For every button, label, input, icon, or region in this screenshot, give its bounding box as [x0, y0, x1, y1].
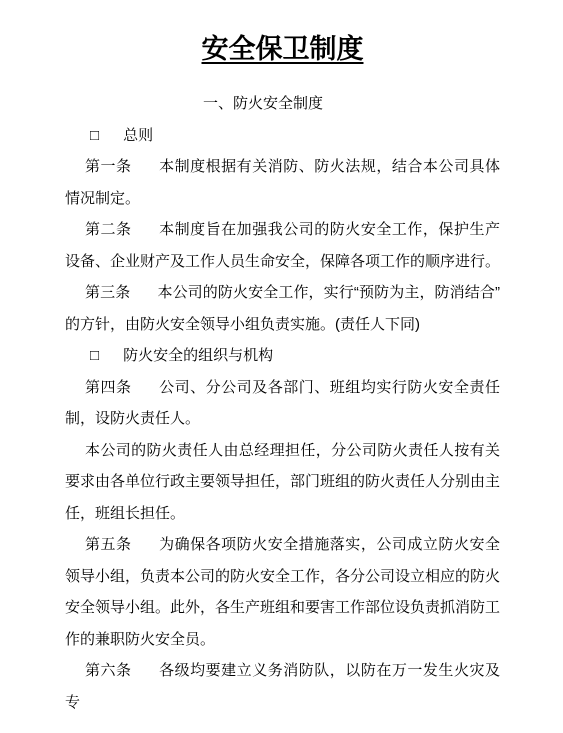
box-marker-icon: □ [90, 340, 99, 372]
article-paragraph: 第三条本公司的防火安全工作，实行“预防为主，防消结合”的方针，由防火安全领导小组… [65, 277, 500, 340]
article-label: 第五条 [85, 536, 132, 553]
chapter-title: 总则 [123, 127, 153, 144]
document-page: 安全保卫制度 一、防火安全制度 □总则 第一条本制度根据有关消防、防火法规，结合… [0, 0, 563, 733]
article-label: 第二条 [85, 221, 132, 238]
article-label: 第三条 [85, 284, 130, 301]
section-heading: 一、防火安全制度 [203, 88, 500, 120]
body-paragraph: 本公司的防火责任人由总经理担任，分公司防火责任人按有关要求由各单位行政主要领导担… [65, 435, 500, 530]
article-label: 第四条 [85, 379, 132, 396]
document-body: 一、防火安全制度 □总则 第一条本制度根据有关消防、防火法规，结合本公司具体情况… [65, 88, 500, 718]
article-paragraph: 第四条公司、分公司及各部门、班组均实行防火安全责任制，设防火责任人。 [65, 372, 500, 435]
chapter-line: □总则 [90, 120, 500, 152]
chapter-line: □防火安全的组织与机构 [90, 340, 500, 372]
article-label: 第六条 [85, 662, 132, 679]
article-paragraph: 第六条各级均要建立义务消防队，以防在万一发生火灾及专 [65, 655, 500, 718]
article-label: 第一条 [85, 158, 132, 175]
paragraph-text: 本公司的防火责任人由总经理担任，分公司防火责任人按有关要求由各单位行政主要领导担… [65, 442, 500, 522]
document-title-text: 安全保卫制度 [202, 34, 364, 64]
article-paragraph: 第五条为确保各项防火安全措施落实，公司成立防火安全领导小组，负责本公司的防火安全… [65, 529, 500, 655]
article-paragraph: 第二条本制度旨在加强我公司的防火安全工作，保护生产设备、企业财产及工作人员生命安… [65, 214, 500, 277]
document-title: 安全保卫制度 [65, 36, 500, 63]
article-paragraph: 第一条本制度根据有关消防、防火法规，结合本公司具体情况制定。 [65, 151, 500, 214]
chapter-title: 防火安全的组织与机构 [123, 347, 273, 364]
box-marker-icon: □ [90, 120, 99, 152]
